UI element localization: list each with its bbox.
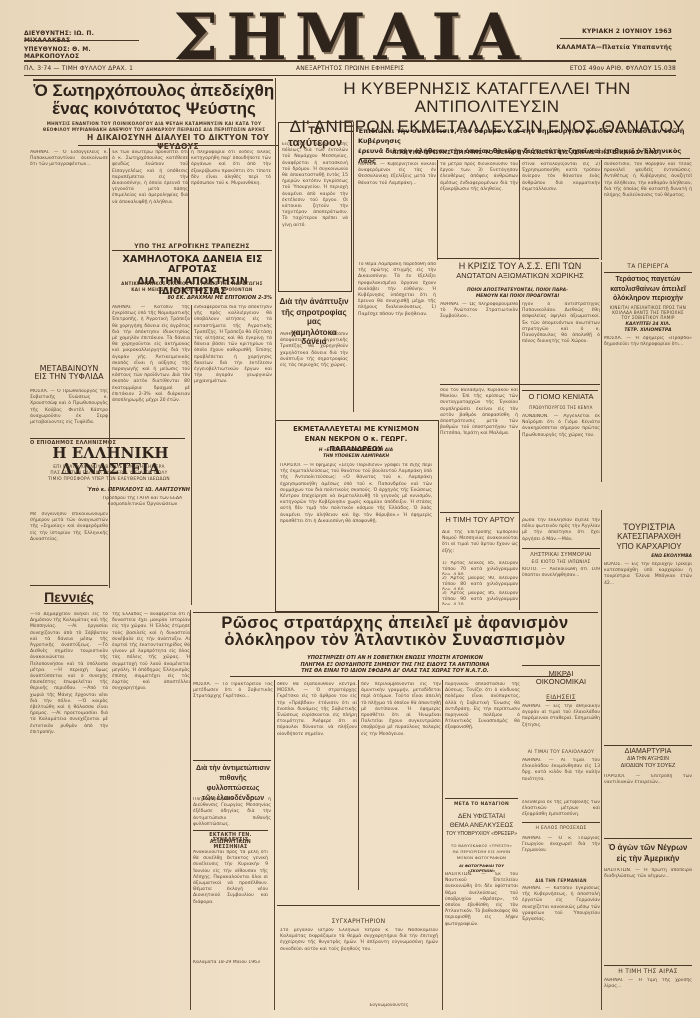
issue-date: ΚΥΡΙΑΚΗ 2 ΙΟΥΝΙΟΥ 1963 [560,28,672,35]
headline-bread: Η ΤΙΜΗ ΤΟΥ ΑΡΤΟΥ [440,516,520,524]
strap-justice: Η ΔΙΚΑΙΟΣΥΝΗ ΔΙΑΛΥΕΙ ΤΟ ΔΙΚΤΥΟΝ ΤΟΥ ΨΕΥΔ… [78,133,278,151]
tagline: ΑΝΕΞΑΡΤΗΤΟΣ ΠΡΩΙΝΗ ΕΦΗΜΕΡΙΣ [250,65,450,72]
headline-tourist: ΤΟΥΡΙΣΤΡΙΑ ΚΑΤΕΣΠΑΡΑΧΘΗ ΥΠΟ ΚΑΡΧΑΡΙΟΥ [604,522,694,552]
headline-ass-crisis: Η ΚΡΙΣΙΣ ΤΟΥ Α.Σ.Σ. ΕΠΙ ΤΩΝ ΑΝΩΤΑΤΩΝ ΑΞΙ… [440,262,600,280]
headline-negroes: Ὁ ἀγὼν τῶν Νέγρων εἰς τὴν Ἀμερικὴν [604,842,692,864]
government-deck: Ἐπιδιώκει τὴν συσκότισιν, τὸν θόρυβον κα… [358,126,693,166]
headline-marshal: Ρῶσος στρατάρχης ἀπειλεῖ μὲ ἀφανισμὸν ὁλ… [195,615,595,650]
marshal-subhead: ΥΠΟΣΤΗΡΙΖΕΙ ΟΤΙ ΑΝ Η ΣΟΒΙΕΤΙΚΗ ΕΝΩΣΙΣ ΥΠ… [210,655,580,675]
responsible-credit: ΥΠΕΥΘΥΝΟΣ: Θ. Μ. ΜΑΡΚΟΠΟΥΛΟΣ [24,46,139,60]
headline-thresher: ΔΕΝ ΥΦΙΣΤΑΤΑΙ ΘΕΜΑ ΑΝΕΛΚΥΣΕΩΣ ΤΟΥ ΥΠΟΒΡΥ… [445,812,518,839]
headline-typhlida: ΜΕΤΑΒΑΙΝΟΥΝ ΕΙΣ ΤΗΝ ΤΥΦΛΙΔΑ [30,365,108,382]
location: ΚΑΛΑΜΑΤΑ—Πλατεία Υπαπαντής [540,44,672,51]
headline-penies: Πεννιές [30,590,108,605]
issue-number: ΕΤΟΣ 49ον ΑΡΙΘ. ΦΥΛΛΟΥ 15.038 [500,65,676,72]
headline-sotirchopoulos: Ὁ Σωτηρχόπουλος ἀπεδείχθη ἕνας κοινότατο… [30,82,278,118]
headline-protest: ΔΙΑΜΑΡΤΥΡΙΑ ΔΙΑ ΤΗΝ ΑΥΞΗΣΙΝ ΔΙΟΔΙΩΝ ΤΟΥ … [604,748,692,771]
headline-kenyatta: Ο ΓΙΟΜΟ ΚΕΝΙΑΤΑ [522,393,600,401]
director-credit: ΔΙΕΥΘΥΝΤΗΣ: ΙΩ. Π. ΜΙΧΑΛΑΚΕΑΣ [24,30,139,44]
headline-curiosities: Τεράστιος παγετὼν κατολισθαίνων ἀπειλεῖ … [604,275,692,304]
price: ΠΛ. 3·74 — ΤΙΜΗ ΦΥΛΛΟΥ ΔΡΑΧ. 1 [24,65,224,72]
newspaper-page: ΔΙΕΥΘΥΝΤΗΣ: ΙΩ. Π. ΜΙΧΑΛΑΚΕΑΣ ΥΠΕΥΘΥΝΟΣ:… [0,0,700,1018]
